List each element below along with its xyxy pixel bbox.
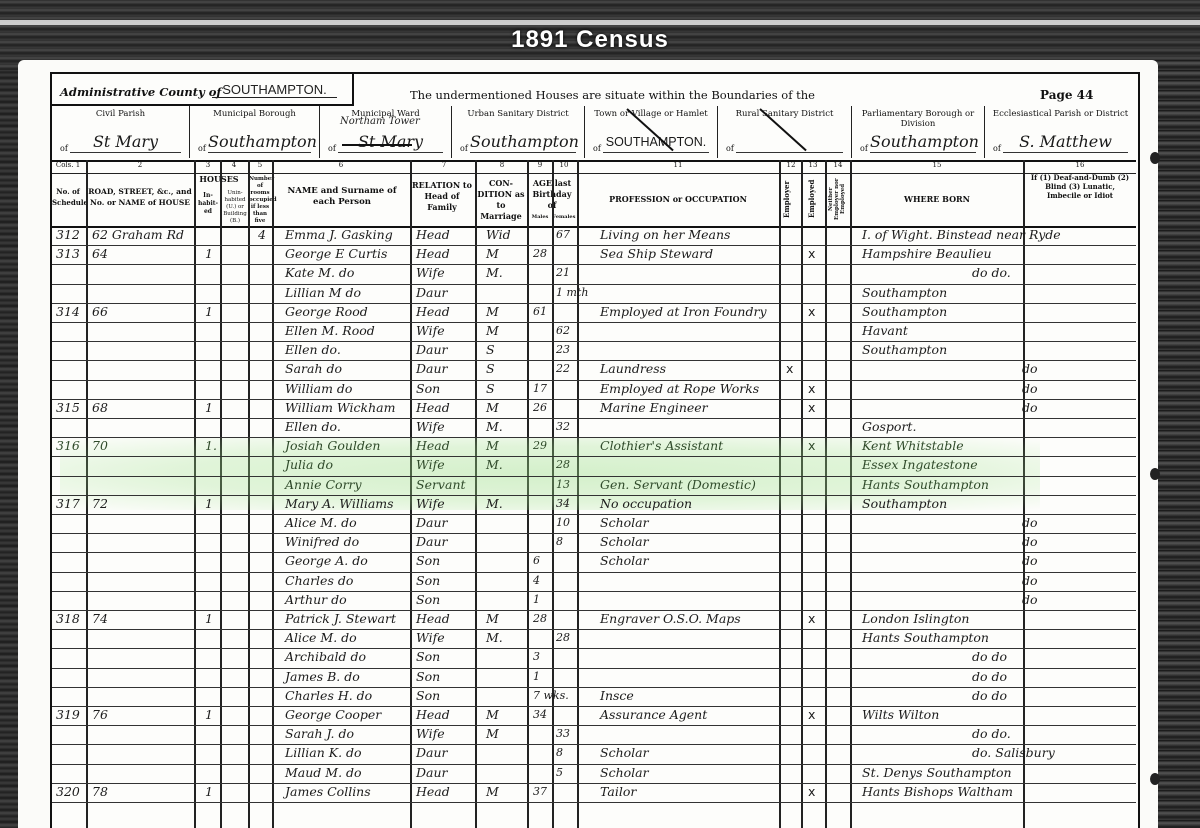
occupation-cell: Tailor xyxy=(600,782,636,801)
occupation-cell: Scholar xyxy=(600,743,649,762)
name-cell: Emma J. Gasking xyxy=(285,225,393,244)
boundary-text: The undermentioned Houses are situate wi… xyxy=(410,88,815,102)
name-cell: George A. do xyxy=(285,551,368,570)
employed-cell: x xyxy=(808,782,815,801)
of-label: of xyxy=(993,144,1001,153)
where-born-cell: Hants Southampton xyxy=(862,628,989,647)
header-road: ROAD, STREET, &c., and No. or NAME of HO… xyxy=(88,186,192,208)
female-age-cell: 10 xyxy=(556,513,570,532)
binding-hole-icon xyxy=(1150,468,1160,480)
table-row xyxy=(52,381,1136,400)
binding-hole-icon xyxy=(1150,773,1160,785)
where-born-cell: Southampton xyxy=(862,494,947,513)
relation-cell: Son xyxy=(416,647,440,666)
relation-cell: Daur xyxy=(416,359,448,378)
address-cell: 78 xyxy=(92,782,108,801)
name-cell: Alice M. do xyxy=(285,513,357,532)
name-cell: Sarah J. do xyxy=(285,724,354,743)
header-males: Males xyxy=(529,212,551,223)
where-born-cell: Wilts Wilton xyxy=(862,705,939,724)
condition-cell: M. xyxy=(486,455,503,474)
column-number: 7 xyxy=(412,161,476,169)
column-number: 9 xyxy=(528,161,552,169)
relation-cell: Daur xyxy=(416,340,448,359)
where-born-cell: Hants Southampton xyxy=(862,475,989,494)
name-cell: Julia do xyxy=(285,455,333,474)
relation-cell: Wife xyxy=(416,724,445,743)
area-value: S. Matthew xyxy=(1003,132,1128,153)
where-born-cell: St. Denys Southampton xyxy=(862,763,1012,782)
female-age-cell: 67 xyxy=(556,225,570,244)
condition-cell: S xyxy=(486,359,495,378)
occupation-cell: Employed at Rope Works xyxy=(600,379,759,398)
area-cell: Ecclesiastical Parish or DistrictofS. Ma… xyxy=(985,106,1136,158)
relation-cell: Wife xyxy=(416,263,445,282)
relation-cell: Daur xyxy=(416,283,448,302)
female-age-cell: 5 xyxy=(556,763,563,782)
header-rooms: Number of rooms occupied if less than fi… xyxy=(249,176,271,225)
banner-rule xyxy=(0,20,1200,25)
relation-cell: Wife xyxy=(416,321,445,340)
name-cell: Annie Corry xyxy=(285,475,362,494)
address-cell: 68 xyxy=(92,398,108,417)
area-cell: Parliamentary Borough or DivisionofSouth… xyxy=(852,106,985,158)
name-cell: George Cooper xyxy=(285,705,381,724)
occupation-cell: Scholar xyxy=(600,532,649,551)
where-born-cell: Kent Whitstable xyxy=(862,436,964,455)
inhabited-cell: 1. xyxy=(205,436,217,455)
header-employed: Employed xyxy=(807,176,821,222)
female-age-cell: 33 xyxy=(556,724,570,743)
header-condition: CON-DITION as to Marriage xyxy=(477,178,525,222)
name-cell: Ellen do. xyxy=(285,340,341,359)
condition-cell: M xyxy=(486,609,499,628)
table-row xyxy=(52,534,1136,553)
header-neither: Neither Employer nor Employed xyxy=(828,174,848,224)
area-label: Civil Parish xyxy=(52,109,189,119)
name-cell: Ellen do. xyxy=(285,417,341,436)
area-label: Town or Village or Hamlet xyxy=(585,109,717,119)
occupation-cell: Gen. Servant (Domestic) xyxy=(600,475,756,494)
inhabited-cell: 1 xyxy=(205,782,213,801)
male-age-cell: 7 wks. xyxy=(533,686,569,705)
male-age-cell: 17 xyxy=(533,379,547,398)
inhabited-cell: 1 xyxy=(205,302,213,321)
name-cell: James Collins xyxy=(285,782,371,801)
strike-mark xyxy=(342,144,412,146)
area-cell: Urban Sanitary DistrictofSouthampton xyxy=(452,106,585,158)
relation-cell: Daur xyxy=(416,763,448,782)
male-age-cell: 28 xyxy=(533,244,547,263)
where-born-cell: Havant xyxy=(862,321,908,340)
column-number: 10 xyxy=(552,161,576,169)
employed-cell: x xyxy=(808,609,815,628)
condition-cell: S xyxy=(486,340,495,359)
of-label: of xyxy=(198,144,206,153)
schedule-cell: 315 xyxy=(56,398,80,417)
name-cell: Archibald do xyxy=(285,647,366,666)
name-cell: William Wickham xyxy=(285,398,395,417)
name-cell: George Rood xyxy=(285,302,368,321)
address-cell: 70 xyxy=(92,436,108,455)
inhabited-cell: 1 xyxy=(205,398,213,417)
area-label: Rural Sanitary District xyxy=(718,109,851,119)
condition-cell: M. xyxy=(486,263,503,282)
area-cell: Municipal WardofSt MaryNortham Tower xyxy=(320,106,452,158)
where-born-cell: Southampton xyxy=(862,340,947,359)
name-cell: Charles H. do xyxy=(285,686,372,705)
header-relation: RELATION to Head of Family xyxy=(412,180,472,213)
schedule-cell: 313 xyxy=(56,244,80,263)
inhabited-cell: 1 xyxy=(205,705,213,724)
female-age-cell: 23 xyxy=(556,340,570,359)
where-born-cell: Southampton xyxy=(862,302,947,321)
area-label: Ecclesiastical Parish or District xyxy=(985,109,1136,119)
where-born-cell: I. of Wight. Binstead near Ryde xyxy=(862,225,1061,244)
schedule-cell: 320 xyxy=(56,782,80,801)
address-cell: 62 Graham Rd xyxy=(92,225,184,244)
schedule-cell: 314 xyxy=(56,302,80,321)
name-cell: Sarah do xyxy=(285,359,342,378)
relation-cell: Head xyxy=(416,302,450,321)
where-born-cell: do do xyxy=(972,686,1007,705)
where-born-cell: Essex Ingatestone xyxy=(862,455,978,474)
schedule-cell: 319 xyxy=(56,705,80,724)
condition-cell: M xyxy=(486,398,499,417)
male-age-cell: 29 xyxy=(533,436,547,455)
relation-cell: Son xyxy=(416,590,440,609)
name-cell: William do xyxy=(285,379,352,398)
relation-cell: Head xyxy=(416,225,450,244)
occupation-cell: Sea Ship Steward xyxy=(600,244,713,263)
occupation-cell: No occupation xyxy=(600,494,692,513)
column-number: 5 xyxy=(249,161,271,169)
area-cell: Town or Village or HamletofSOUTHAMPTON. xyxy=(585,106,718,158)
condition-cell: M. xyxy=(486,628,503,647)
area-value: St Mary xyxy=(338,132,443,153)
name-cell: George E Curtis xyxy=(285,244,387,263)
condition-cell: S xyxy=(486,379,495,398)
header-employer: Employer xyxy=(782,176,796,222)
where-born-cell: London Islington xyxy=(862,609,969,628)
column-number: 13 xyxy=(802,161,824,169)
relation-cell: Daur xyxy=(416,532,448,551)
employed-cell: x xyxy=(808,398,815,417)
schedule-cell: 312 xyxy=(56,225,80,244)
where-born-cell: do do. xyxy=(972,724,1011,743)
occupation-cell: Living on her Means xyxy=(600,225,730,244)
relation-cell: Servant xyxy=(416,475,466,494)
table-row xyxy=(52,553,1136,572)
of-label: of xyxy=(460,144,468,153)
column-number: 2 xyxy=(88,161,192,169)
where-born-cell: do xyxy=(1022,532,1038,551)
header-schedule: No. of Schedule xyxy=(52,186,84,208)
where-born-cell: do xyxy=(1022,571,1038,590)
where-born-cell: Hants Bishops Waltham xyxy=(862,782,1013,801)
male-age-cell: 1 xyxy=(533,590,540,609)
header-uninhabited: Unin-habited (U.) or Building (B.) xyxy=(222,190,248,225)
relation-cell: Son xyxy=(416,686,440,705)
area-cell: Civil ParishofSt Mary xyxy=(52,106,190,158)
of-label: of xyxy=(860,144,868,153)
relation-cell: Son xyxy=(416,379,440,398)
where-born-cell: Southampton xyxy=(862,283,947,302)
rooms-cell: 4 xyxy=(258,225,266,244)
header-name: NAME and Surname of each Person xyxy=(280,186,404,208)
relation-cell: Head xyxy=(416,398,450,417)
male-age-cell: 6 xyxy=(533,551,540,570)
address-cell: 74 xyxy=(92,609,108,628)
inhabited-cell: 1 xyxy=(205,244,213,263)
page-number: Page 44 xyxy=(1040,88,1093,102)
name-cell: Patrick J. Stewart xyxy=(285,609,396,628)
table-row xyxy=(52,400,1136,419)
column-number: 4 xyxy=(221,161,247,169)
header-houses: HOUSES xyxy=(196,174,242,185)
female-age-cell: 8 xyxy=(556,743,563,762)
male-age-cell: 3 xyxy=(533,647,540,666)
page-title: 1891 Census xyxy=(0,26,1180,54)
name-cell: Kate M. do xyxy=(285,263,354,282)
occupation-cell: Insce xyxy=(600,686,634,705)
schedule-cell: 316 xyxy=(56,436,80,455)
table-row xyxy=(52,304,1136,323)
table-row xyxy=(52,361,1136,380)
relation-cell: Head xyxy=(416,436,450,455)
admin-county-label: Administrative County of xyxy=(60,85,221,99)
relation-cell: Wife xyxy=(416,417,445,436)
relation-cell: Wife xyxy=(416,494,445,513)
condition-cell: M xyxy=(486,724,499,743)
relation-cell: Wife xyxy=(416,628,445,647)
table-row xyxy=(52,285,1136,304)
employer-cell: x xyxy=(786,359,793,378)
area-value: St Mary xyxy=(70,132,181,153)
area-cell: Municipal BoroughofSouthampton xyxy=(190,106,320,158)
area-value: Southampton xyxy=(470,132,576,153)
table-row xyxy=(52,342,1136,361)
relation-cell: Head xyxy=(416,705,450,724)
name-cell: Mary A. Williams xyxy=(285,494,394,513)
employed-cell: x xyxy=(808,705,815,724)
employed-cell: x xyxy=(808,436,815,455)
column-number: 16 xyxy=(1024,161,1136,169)
employed-cell: x xyxy=(808,302,815,321)
name-cell: Ellen M. Rood xyxy=(285,321,375,340)
name-cell: Lillian M do xyxy=(285,283,361,302)
address-cell: 66 xyxy=(92,302,108,321)
male-age-cell: 61 xyxy=(533,302,547,321)
male-age-cell: 28 xyxy=(533,609,547,628)
male-age-cell: 1 xyxy=(533,667,540,686)
female-age-cell: 28 xyxy=(556,455,570,474)
of-label: of xyxy=(593,144,601,153)
male-age-cell: 4 xyxy=(533,571,540,590)
condition-cell: M xyxy=(486,302,499,321)
inhabited-cell: 1 xyxy=(205,494,213,513)
address-cell: 64 xyxy=(92,244,108,263)
where-born-cell: do. Salisbury xyxy=(972,743,1055,762)
employed-cell: x xyxy=(808,244,815,263)
header-occupation: PROFESSION or OCCUPATION xyxy=(578,194,778,205)
where-born-cell: do xyxy=(1022,379,1038,398)
where-born-cell: do do xyxy=(972,667,1007,686)
inhabited-cell: 1 xyxy=(205,609,213,628)
relation-cell: Son xyxy=(416,551,440,570)
area-value: Southampton xyxy=(208,132,311,153)
relation-cell: Wife xyxy=(416,455,445,474)
name-cell: Alice M. do xyxy=(285,628,357,647)
condition-cell: M xyxy=(486,244,499,263)
relation-cell: Head xyxy=(416,609,450,628)
male-age-cell: 37 xyxy=(533,782,547,801)
occupation-cell: Assurance Agent xyxy=(600,705,707,724)
occupation-cell: Clothier's Assistant xyxy=(600,436,723,455)
occupation-cell: Scholar xyxy=(600,513,649,532)
name-cell: Arthur do xyxy=(285,590,347,609)
occupation-cell: Laundress xyxy=(600,359,666,378)
relation-cell: Daur xyxy=(416,743,448,762)
female-age-cell: 1 mth xyxy=(556,283,588,302)
name-cell: Charles do xyxy=(285,571,353,590)
header-infirmity: If (1) Deaf-and-Dumb (2) Blind (3) Lunat… xyxy=(1028,173,1132,200)
male-age-cell: 34 xyxy=(533,705,547,724)
column-number: 8 xyxy=(477,161,527,169)
condition-cell: Wid xyxy=(486,225,511,244)
relation-cell: Son xyxy=(416,571,440,590)
name-cell: Lillian K. do xyxy=(285,743,362,762)
where-born-cell: do xyxy=(1022,590,1038,609)
where-born-cell: do xyxy=(1022,513,1038,532)
where-born-cell: do xyxy=(1022,551,1038,570)
area-cell: Rural Sanitary Districtof xyxy=(718,106,852,158)
relation-cell: Daur xyxy=(416,513,448,532)
table-row xyxy=(52,496,1136,515)
condition-cell: M. xyxy=(486,417,503,436)
name-cell: James B. do xyxy=(285,667,360,686)
female-age-cell: 13 xyxy=(556,475,570,494)
address-cell: 72 xyxy=(92,494,108,513)
condition-cell: M. xyxy=(486,494,503,513)
female-age-cell: 21 xyxy=(556,263,570,282)
female-age-cell: 22 xyxy=(556,359,570,378)
table-row xyxy=(52,592,1136,611)
area-value: Southampton xyxy=(870,132,976,153)
column-number: 12 xyxy=(780,161,802,169)
header-where-born: WHERE BORN xyxy=(852,194,1022,205)
occupation-cell: Engraver O.S.O. Maps xyxy=(600,609,741,628)
schedule-cell: 318 xyxy=(56,609,80,628)
occupation-cell: Marine Engineer xyxy=(600,398,708,417)
where-born-cell: Hampshire Beaulieu xyxy=(862,244,992,263)
where-born-cell: do xyxy=(1022,398,1038,417)
where-born-cell: Gosport. xyxy=(862,417,916,436)
relation-cell: Son xyxy=(416,667,440,686)
female-age-cell: 8 xyxy=(556,532,563,551)
column-number: 11 xyxy=(578,161,778,169)
where-born-cell: do do. xyxy=(972,263,1011,282)
admin-county-value: SOUTHAMPTON. xyxy=(212,82,337,98)
column-number: 6 xyxy=(272,161,410,169)
name-cell: Maud M. do xyxy=(285,763,362,782)
female-age-cell: 34 xyxy=(556,494,570,513)
name-cell: Josiah Goulden xyxy=(285,436,380,455)
occupation-cell: Scholar xyxy=(600,763,649,782)
employed-cell: x xyxy=(808,379,815,398)
column-number: 15 xyxy=(852,161,1022,169)
column-number: 3 xyxy=(196,161,220,169)
address-cell: 76 xyxy=(92,705,108,724)
header-inhabited: In-habit-ed xyxy=(196,192,220,216)
occupation-cell: Employed at Iron Foundry xyxy=(600,302,767,321)
column-number: Cols. 1 xyxy=(52,161,84,169)
area-label: Municipal Borough xyxy=(190,109,319,119)
condition-cell: M xyxy=(486,321,499,340)
where-born-cell: do xyxy=(1022,359,1038,378)
header-females: Females xyxy=(552,212,576,223)
column-number: 14 xyxy=(826,161,850,169)
area-label: Parliamentary Borough or Division xyxy=(852,109,984,129)
area-annotation: Northam Tower xyxy=(340,116,420,127)
female-age-cell: 28 xyxy=(556,628,570,647)
female-age-cell: 32 xyxy=(556,417,570,436)
table-row xyxy=(52,573,1136,592)
condition-cell: M xyxy=(486,705,499,724)
of-label: of xyxy=(60,144,68,153)
where-born-cell: do do xyxy=(972,647,1007,666)
area-label: Urban Sanitary District xyxy=(452,109,584,119)
relation-cell: Head xyxy=(416,244,450,263)
table-row xyxy=(52,323,1136,342)
condition-cell: M xyxy=(486,782,499,801)
of-label: of xyxy=(726,144,734,153)
schedule-cell: 317 xyxy=(56,494,80,513)
condition-cell: M xyxy=(486,436,499,455)
table-row xyxy=(52,515,1136,534)
binding-hole-icon xyxy=(1150,152,1160,164)
name-cell: Winifred do xyxy=(285,532,359,551)
relation-cell: Head xyxy=(416,782,450,801)
occupation-cell: Scholar xyxy=(600,551,649,570)
admin-county-box: Administrative County of SOUTHAMPTON. xyxy=(52,74,354,106)
female-age-cell: 62 xyxy=(556,321,570,340)
male-age-cell: 26 xyxy=(533,398,547,417)
of-label: of xyxy=(328,144,336,153)
